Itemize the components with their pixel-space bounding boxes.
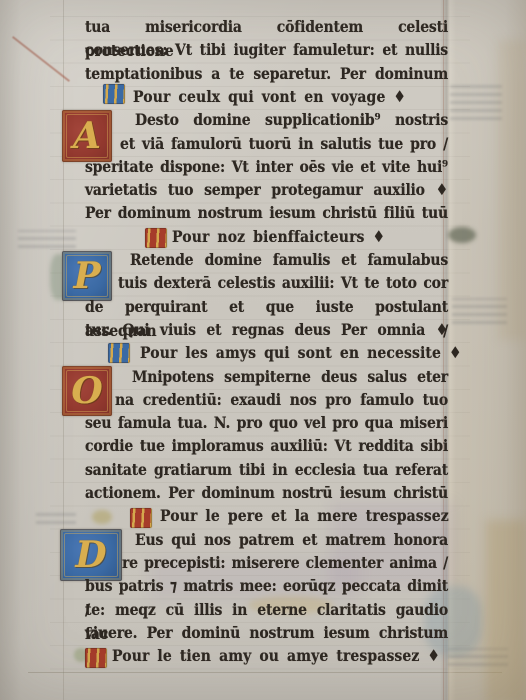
pilcrow-mark bbox=[108, 343, 130, 363]
text-line: de perquirant et que iuste postulant ass… bbox=[85, 296, 448, 322]
illuminated-initial-A: A bbox=[62, 110, 112, 162]
illuminated-initial-D: D bbox=[60, 529, 122, 581]
initial-letter: D bbox=[75, 534, 106, 576]
text-line: temptationibus a te separetur. Per domin… bbox=[85, 63, 448, 89]
rubric-line: Pour le tien amy ou amye trespassez ♦ bbox=[112, 645, 440, 671]
left-margin-rule bbox=[63, 0, 64, 700]
bottom-margin-rule bbox=[28, 672, 502, 673]
text-line: et viā famulorū tuorū in salutis tue pro… bbox=[120, 133, 448, 159]
pilcrow-mark bbox=[130, 508, 152, 528]
text-line: conserues: Vt tibi iugiter famuletur: et… bbox=[85, 39, 448, 65]
text-line: Per dominum nostrum iesum christū filiū … bbox=[85, 202, 448, 228]
initial-letter: A bbox=[73, 115, 101, 157]
initial-letter: O bbox=[71, 370, 102, 412]
text-line: cordie tue imploramus auxiliū: Vt reddit… bbox=[85, 435, 448, 461]
illuminated-initial-O: O bbox=[62, 366, 112, 416]
text-line: te: meqz cū illis in eterne claritatis g… bbox=[85, 599, 448, 625]
illuminated-initial-P: P bbox=[62, 251, 112, 301]
rubric-line: Pour les amys qui sont en necessite ♦ bbox=[140, 342, 462, 368]
text-line: tuis dexterā celestis auxilii: Vt te tot… bbox=[118, 272, 448, 298]
text-line: Mnipotens sempiterne deus salus eter bbox=[132, 366, 448, 392]
pilcrow-mark bbox=[85, 648, 107, 668]
manuscript-page-photo: A P O D tua misericordia cōfidentem cele… bbox=[0, 0, 526, 700]
pilcrow-mark bbox=[145, 228, 167, 248]
text-line: bus patris ⁊ matris mee: eorūqz peccata … bbox=[85, 575, 448, 601]
initial-letter: P bbox=[73, 255, 100, 297]
rubric-line: Pour noz bienffaicteurs ♦ bbox=[172, 226, 385, 252]
text-line: sanitate gratiarum tibi in ecclesia tua … bbox=[85, 459, 448, 485]
text-line: Desto domine supplicationib⁹ nostris bbox=[135, 109, 448, 135]
text-line: Eus qui nos patrem et matrem honora bbox=[135, 529, 448, 555]
rubric-line: Pour le pere et la mere trespassez bbox=[160, 505, 449, 531]
